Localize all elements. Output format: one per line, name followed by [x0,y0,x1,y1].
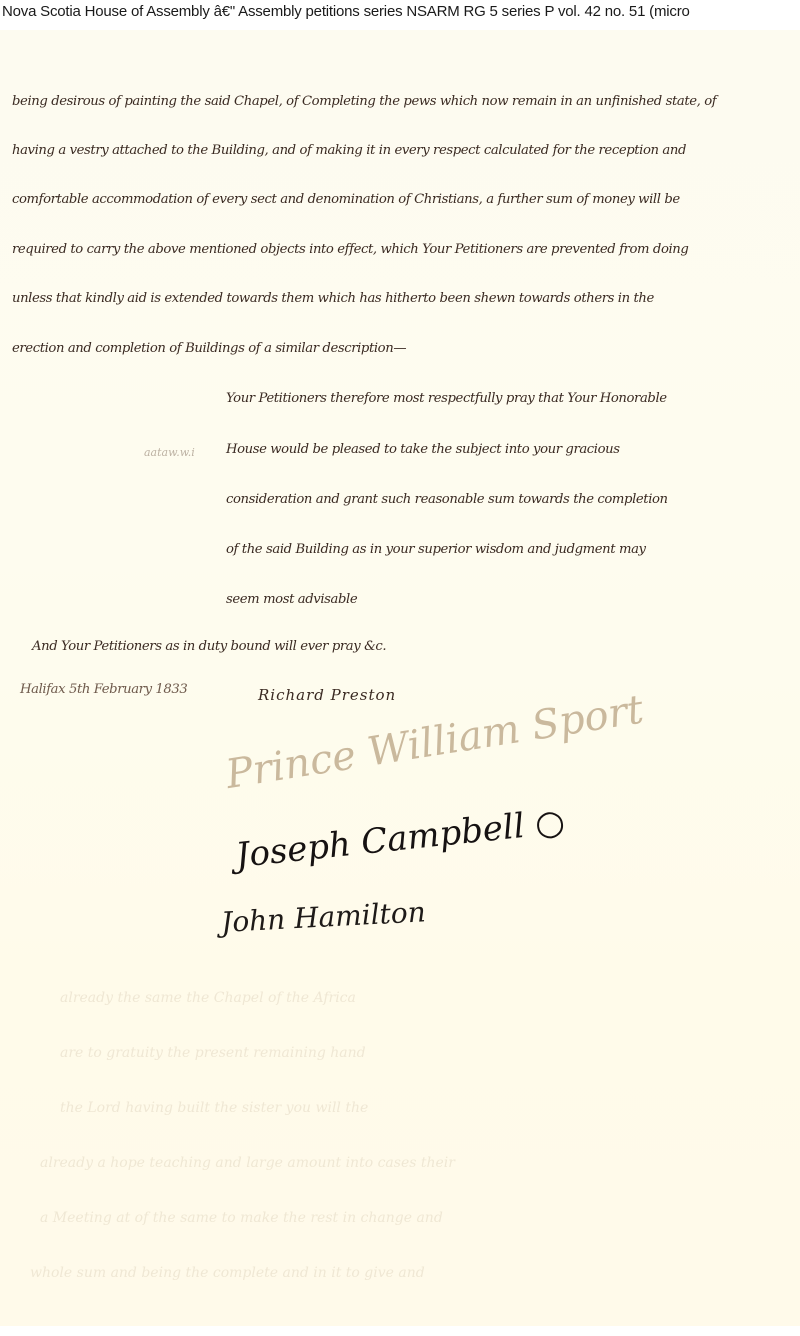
petition-page: already the same the Chapel of the Afric… [0,30,800,1326]
signature-richard-preston: Richard Preston [258,686,396,704]
bleed-through-line: whole sum and being the complete and in … [30,1265,425,1281]
petition-body-line: being desirous of painting the said Chap… [12,94,716,109]
petition-prayer-line: Your Petitioners therefore most respectf… [226,391,667,406]
petition-body-line: having a vestry attached to the Building… [12,143,686,158]
margin-note: aataw.w.i [144,446,195,459]
petition-prayer-line: seem most advisable [226,592,357,607]
petition-prayer-line: of the said Building as in your superior… [226,542,646,557]
petition-body-line: unless that kindly aid is extended towar… [12,291,654,306]
date-line: Halifax 5th February 1833 [20,682,187,697]
document-caption: Nova Scotia House of Assembly â€" Assemb… [0,0,800,26]
petition-body-line: required to carry the above mentioned ob… [12,242,688,257]
petition-prayer-line: consideration and grant such reasonable … [226,492,668,507]
bleed-through-line: the Lord having built the sister you wil… [60,1100,368,1116]
bleed-through-line: already a hope teaching and large amount… [40,1155,455,1171]
signature-john-hamilton: John Hamilton [220,895,426,939]
bleed-through-line: a Meeting at of the same to make the res… [40,1210,443,1226]
bleed-through-line: are to gratuity the present remaining ha… [60,1045,366,1061]
petition-closing: And Your Petitioners as in duty bound wi… [32,639,386,654]
signature-joseph-campbell: Joseph Campbell ○ [234,802,567,876]
petition-prayer-line: House would be pleased to take the subje… [226,442,620,457]
petition-body-line: erection and completion of Buildings of … [12,341,406,356]
petition-body-line: comfortable accommodation of every sect … [12,192,680,207]
bleed-through-line: already the same the Chapel of the Afric… [60,990,356,1006]
